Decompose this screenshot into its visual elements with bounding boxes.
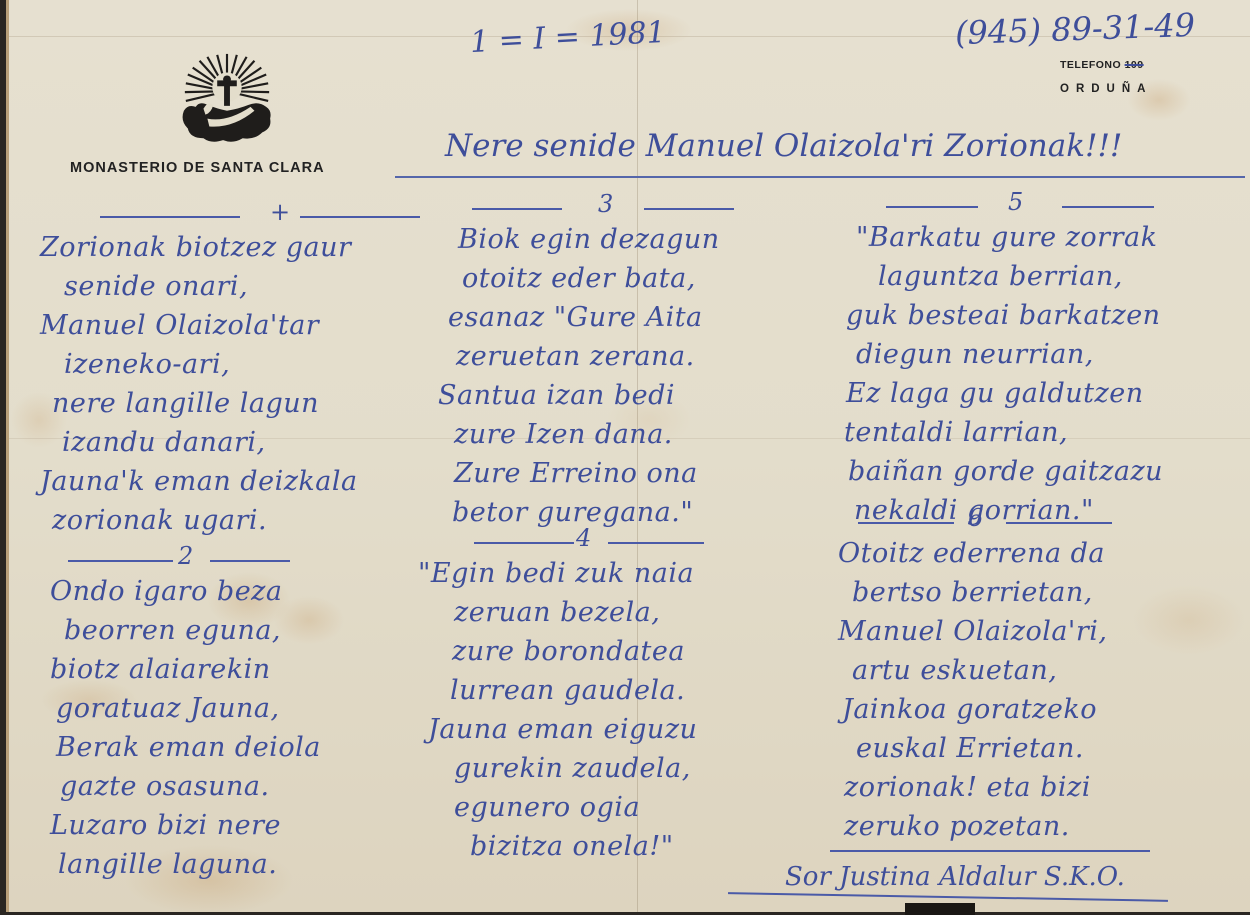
scan-edge-mark [905,903,975,915]
stanza-5: 5 "Barkatu gure zorrak laguntza berrian,… [842,194,1242,530]
stanza-number: 3 [598,190,613,218]
verse-line: senide onari, [40,267,420,306]
divider-rule [608,542,704,544]
verse-line: beorren eguna, [50,611,430,650]
divider-rule [858,522,954,524]
divider-rule [300,216,420,218]
verse-line: Jainkoa goratzeko [838,690,1238,729]
verse-line: zure borondatea [418,632,818,671]
radiant-cross-emblem-icon [178,50,276,148]
verse-line: Berak eman deiola [50,728,430,767]
verse-line: izeneko-ari, [40,345,420,384]
stanza-3: 3 Biok egin dezagun otoitz eder bata, es… [438,196,818,532]
stanza-header: 4 [418,530,818,554]
verse-line: Luzaro bizi nere [50,806,430,845]
divider-rule [1062,206,1154,208]
verse-line: laguntza berrian, [842,257,1242,296]
verse-line: lurrean gaudela. [418,671,818,710]
verse-line: egunero ogia [418,788,818,827]
verse-line: zorionak! eta bizi [838,768,1238,807]
verse-line: Manuel Olaizola'tar [40,306,420,345]
divider-rule [1006,522,1112,524]
divider-rule [472,208,562,210]
divider-rule [474,542,574,544]
verse-line: zeruetan zerana. [438,337,818,376]
verse-line: tentaldi larrian, [842,413,1242,452]
verse-line: otoitz eder bata, [438,259,818,298]
verse-line: biotz alaiarekin [50,650,430,689]
divider-rule [644,208,734,210]
stanza-4: 4 "Egin bedi zuk naia zeruan bezela, zur… [418,530,818,866]
stanza-1: + Zorionak biotzez gaur senide onari, Ma… [40,204,420,540]
stanza-6: 6 Otoitz ederrena da bertso berrietan, M… [838,510,1238,846]
verse-line: Otoitz ederrena da [838,534,1238,573]
verse-line: euskal Errietan. [838,729,1238,768]
verse-line: bertso berrietan, [838,573,1238,612]
verse-line: bizitza onela!" [418,827,818,866]
town-name: ORDUÑA [1060,83,1152,95]
stanza-header: 3 [438,196,818,220]
verse-line: esanaz "Gure Aita [438,298,818,337]
verse-line: Ondo igaro beza [50,572,430,611]
verse-line: gurekin zaudela, [418,749,818,788]
divider-rule [210,560,290,562]
stanza-number: + [270,198,290,226]
stanza-header: + [40,204,420,228]
verse-line: artu eskuetan, [838,651,1238,690]
telefono-line: TELEFONO 109 [1060,59,1144,71]
verse-line: zorionak ugari. [40,501,420,540]
verse-line: "Egin bedi zuk naia [418,554,818,593]
verse-line: zeruan bezela, [418,593,818,632]
verse-line: guk besteai barkatzen [842,296,1242,335]
signature: Sor Justina Aldalur S.K.O. [785,862,1125,892]
stanza-number: 4 [576,524,591,552]
verse-line: Manuel Olaizola'ri, [838,612,1238,651]
verse-line: Biok egin dezagun [438,220,818,259]
verse-line: goratuaz Jauna, [50,689,430,728]
stanza-number: 5 [1008,188,1023,216]
verse-line: nere langille lagun [40,384,420,423]
title-underline [395,176,1245,178]
verse-line: "Barkatu gure zorrak [842,218,1242,257]
verse-line: Zorionak biotzez gaur [40,228,420,267]
verse-line: langille laguna. [50,845,430,884]
verse-line: izandu danari, [40,423,420,462]
stanza-header: 2 [50,548,430,572]
letter-title: Nere senide Manuel Olaizola'ri Zorionak!… [445,128,1122,164]
stanza-header: 6 [838,510,1238,534]
divider-rule [100,216,240,218]
divider-rule [68,560,173,562]
verse-line: betor guregana." [438,493,818,532]
verse-line: Jauna eman eiguzu [418,710,818,749]
verse-line: Zure Erreino ona [438,454,818,493]
stanza-number: 6 [968,504,983,532]
verse-line: baiñan gorde gaitzazu [842,452,1242,491]
verse-line: Jauna'k eman deizkala [40,462,420,501]
verse-line: diegun neurrian, [842,335,1242,374]
institution-name: MONASTERIO DE SANTA CLARA [70,160,325,176]
stanza-number: 2 [178,542,193,570]
verse-line: Ez laga gu galdutzen [842,374,1242,413]
verse-line: zeruko pozetan. [838,807,1238,846]
divider-rule [886,206,978,208]
stanza-2: 2 Ondo igaro beza beorren eguna, biotz a… [50,548,430,884]
telefono-label: TELEFONO [1060,59,1121,71]
stanza-header: 5 [842,194,1242,218]
closing-rule [830,850,1150,852]
verse-line: zure Izen dana. [438,415,818,454]
verse-line: gazte osasuna. [50,767,430,806]
verse-line: Santua izan bedi [438,376,818,415]
telefono-old-number: 109 [1125,59,1144,71]
